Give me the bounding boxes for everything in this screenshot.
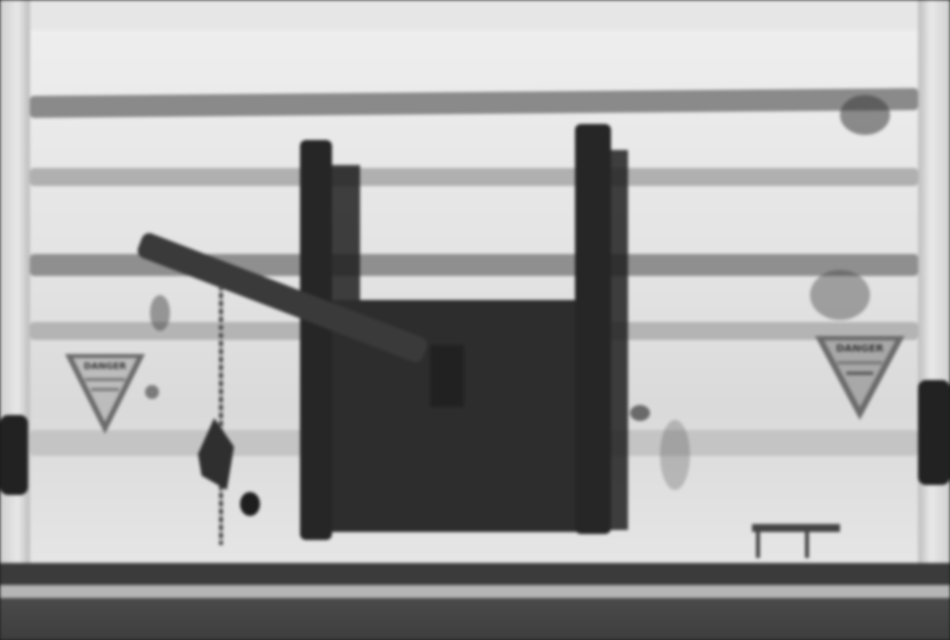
- ground: [0, 598, 950, 640]
- placard-text-line: [91, 388, 119, 391]
- rust-spot: [840, 95, 890, 135]
- warning-placard-right: DANGER: [815, 336, 918, 431]
- rib: [30, 168, 918, 186]
- rust-spot: [145, 385, 159, 399]
- rust-spot: [150, 295, 170, 331]
- rail: [0, 585, 950, 599]
- rust-spot: [630, 405, 650, 421]
- placard-text-line: [837, 361, 882, 364]
- car-left-post: [0, 0, 30, 600]
- placard-heading: DANGER: [815, 344, 905, 355]
- placard-text-line: [85, 378, 125, 381]
- door-right-post: [575, 124, 611, 534]
- chain-weight: [240, 492, 260, 516]
- rust-spot: [810, 270, 870, 320]
- left-coupler: [0, 415, 28, 495]
- door-shadow: [330, 165, 360, 305]
- bar-shadow: [430, 345, 464, 407]
- warning-placard-left: DANGER: [65, 354, 145, 436]
- right-coupler: [918, 380, 950, 485]
- step-bench: [752, 524, 840, 532]
- door-left-post: [300, 140, 332, 540]
- bench-leg: [805, 528, 809, 558]
- underframe: [0, 563, 950, 585]
- hanging-chain: [219, 285, 223, 545]
- placard-text-line: [846, 372, 873, 375]
- bench-leg: [756, 528, 760, 558]
- boxcar-photo: DANGER DANGER: [0, 0, 950, 640]
- placard-heading: DANGER: [65, 362, 145, 372]
- car-right-post: [918, 0, 950, 600]
- rust-spot: [660, 420, 690, 490]
